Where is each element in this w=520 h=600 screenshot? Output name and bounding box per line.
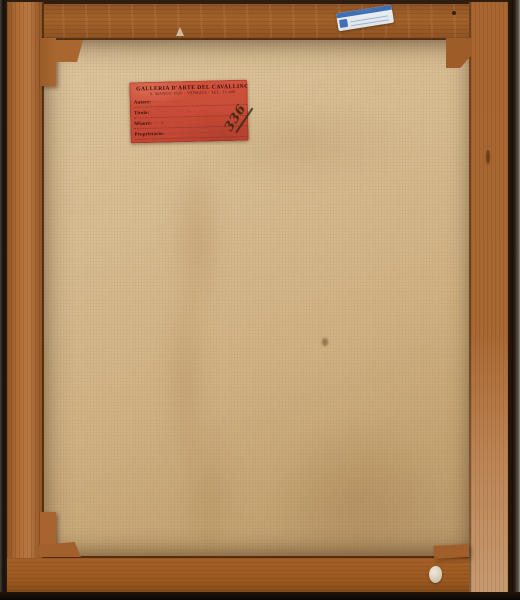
nail-head xyxy=(452,11,456,15)
stretcher-bar-left xyxy=(7,2,44,558)
canvas-blemish-dot xyxy=(322,338,328,346)
label-value-titolo: · ········ ···· — · ···· xyxy=(151,109,208,115)
stretcher-key-bottom-left xyxy=(40,512,56,546)
paint-chip xyxy=(176,27,184,36)
label-field-misure: Misure: xyxy=(134,121,152,126)
label-value-autore: ····· ······· xyxy=(153,99,182,105)
label-value-proprietario: ········ ····· ······ · ·· xyxy=(166,130,225,136)
inventory-sticker-logo-square xyxy=(339,19,348,28)
stretcher-key-top-left xyxy=(40,38,56,86)
stretcher-bar-bottom xyxy=(7,556,469,595)
frame-outer-edge-right xyxy=(508,0,520,600)
label-value-misure: ·· × ·· ··· xyxy=(154,121,181,127)
frame-outer-edge-bottom xyxy=(0,592,520,600)
label-field-autore: Autore: xyxy=(134,100,152,105)
stretcher-key-bottom-right xyxy=(434,544,470,559)
label-row-autore: Autore: ····· ······· xyxy=(134,97,249,108)
paint-blob xyxy=(429,566,442,583)
water-stain-streaks xyxy=(142,158,252,558)
stretcher-bar-right xyxy=(469,2,513,592)
stretcher-bar-top xyxy=(40,4,469,40)
wood-knot xyxy=(486,150,490,164)
label-field-proprietario: Proprietario: xyxy=(135,132,165,138)
frame-outer-edge-left xyxy=(0,0,7,600)
label-field-titolo: Titolo: xyxy=(134,111,149,116)
